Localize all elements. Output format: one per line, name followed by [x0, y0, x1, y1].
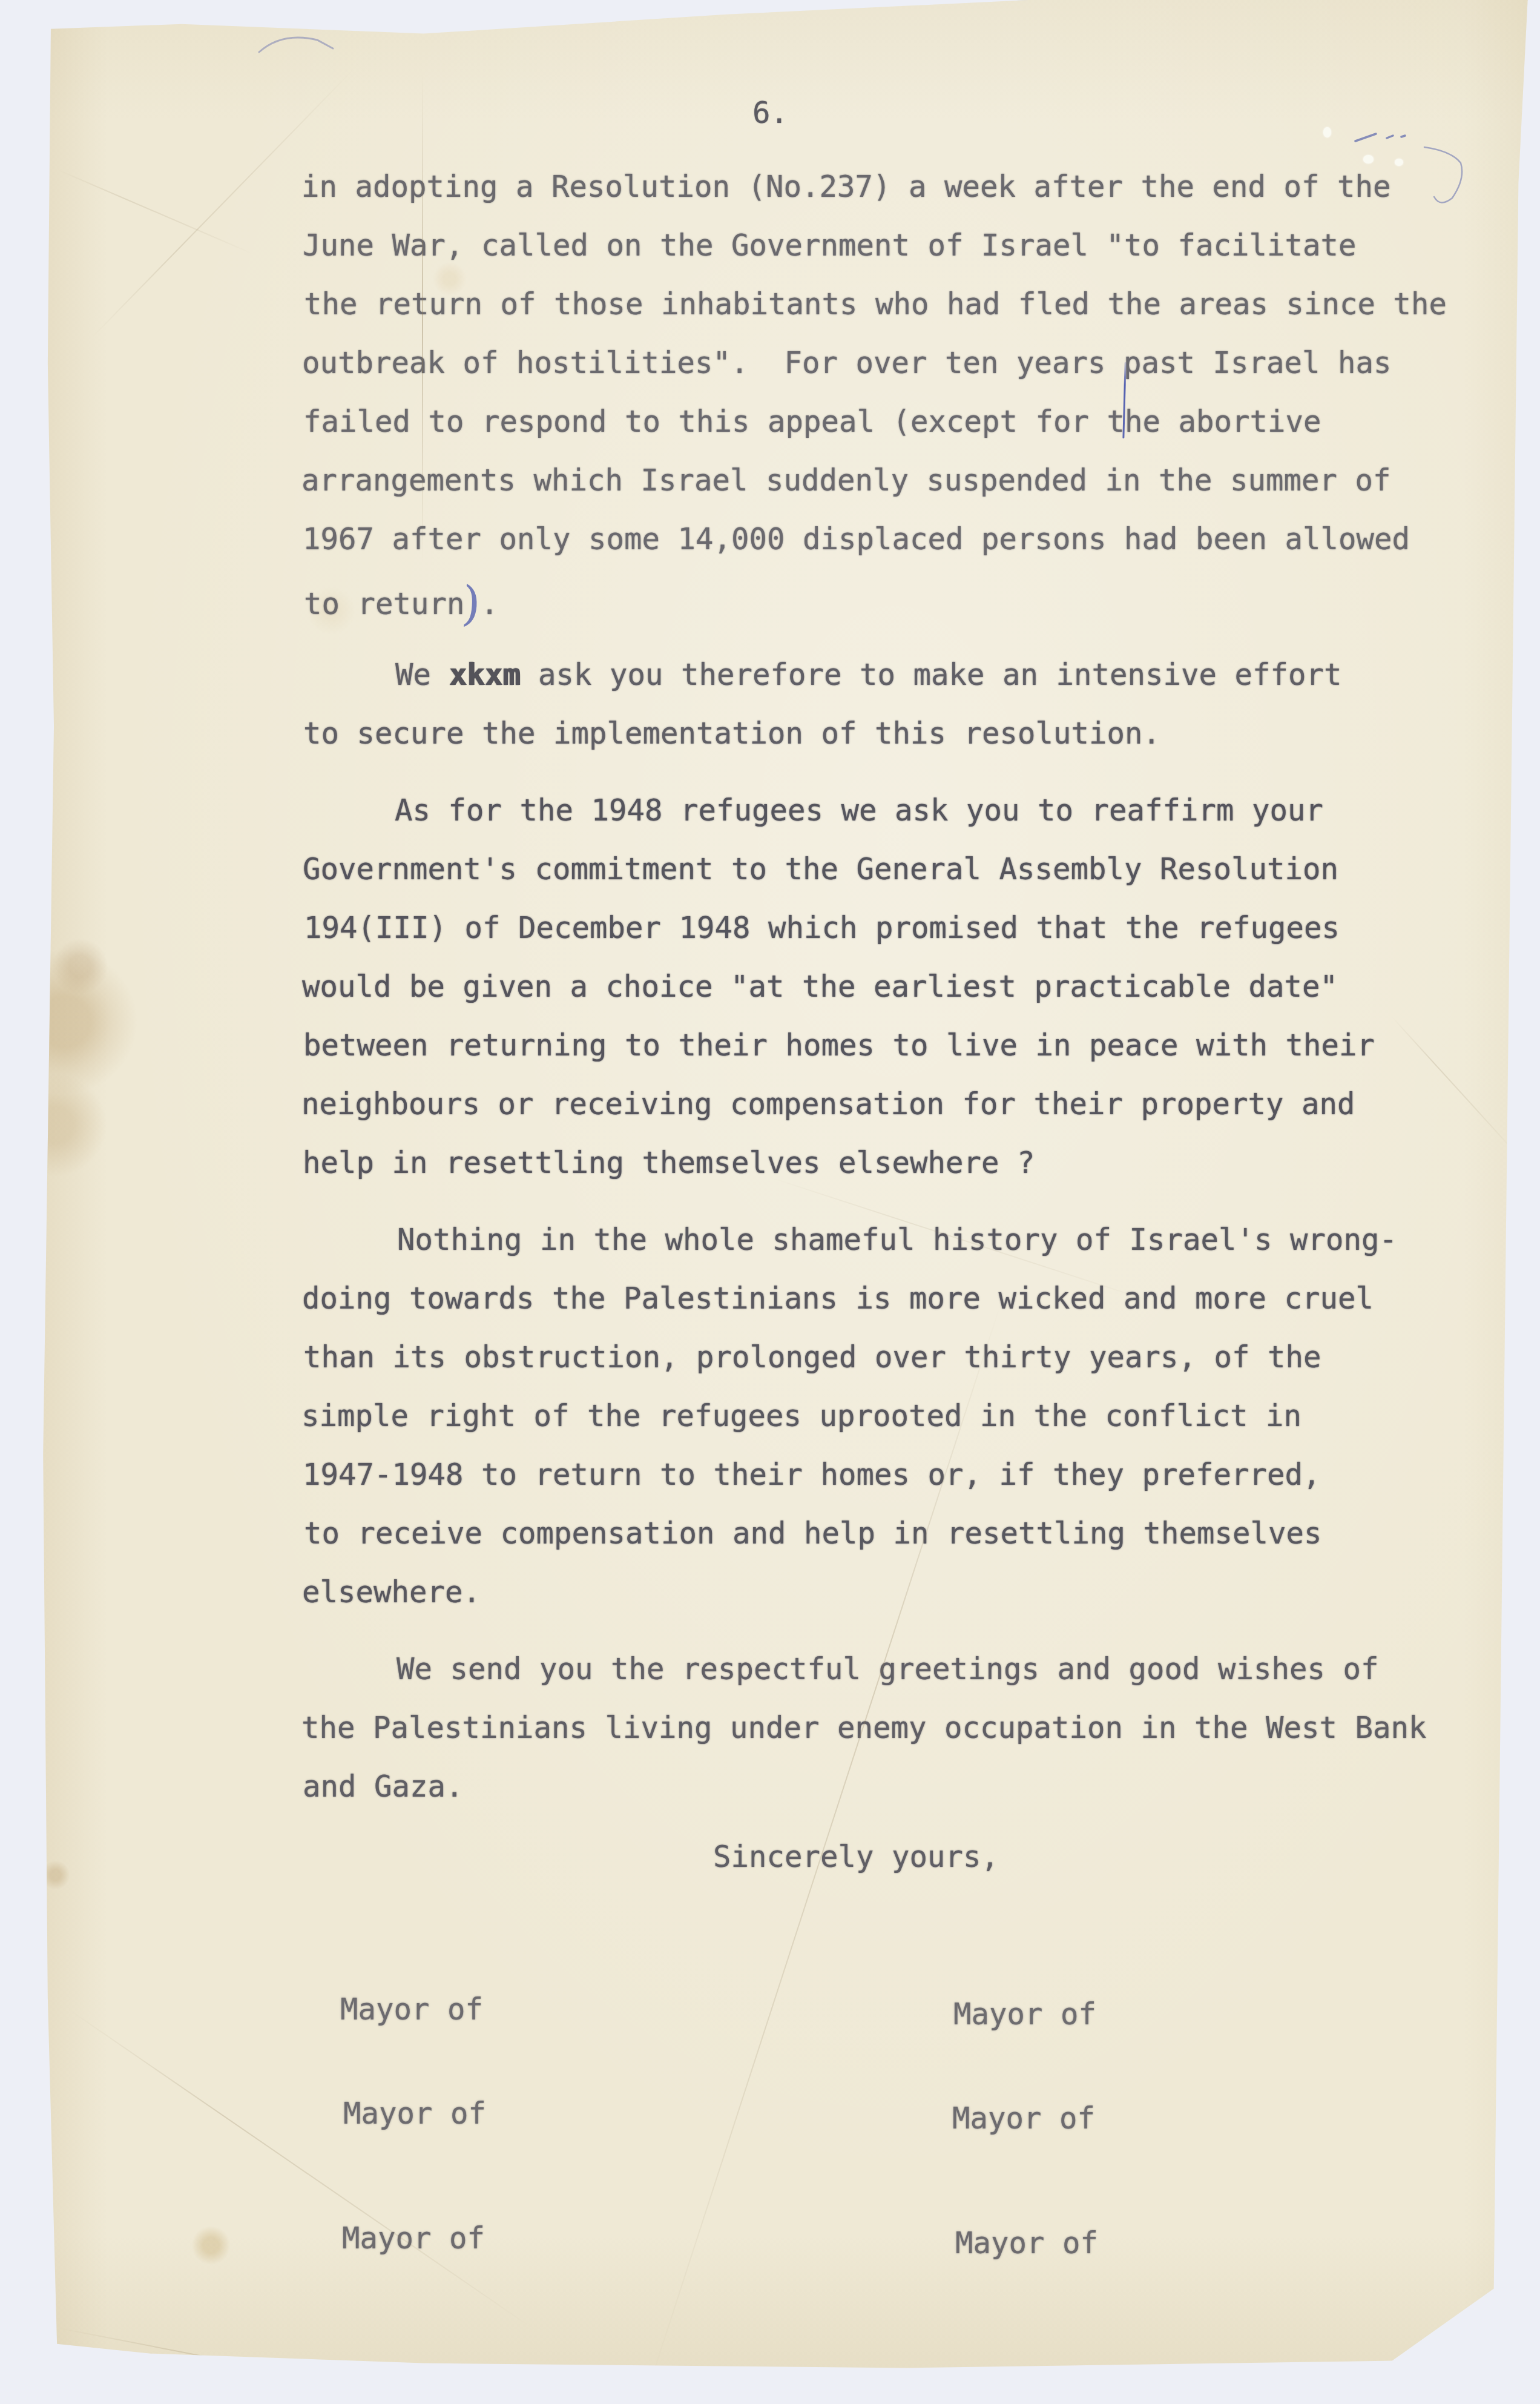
text-line: between returning to their homes to live… — [303, 1028, 1375, 1064]
text-line: arrangements which Israel suddenly suspe… — [301, 463, 1391, 499]
page-number: 6. — [752, 96, 788, 130]
text-line: than its obstruction, prolonged over thi… — [303, 1339, 1321, 1376]
crease-line — [69, 2009, 533, 2328]
paper-speck — [1363, 155, 1374, 163]
crease-line — [57, 2327, 423, 2400]
text-line: to return). — [304, 580, 498, 622]
crease-line — [57, 169, 254, 255]
signature-line-mayor-of: Mayor of — [955, 2226, 1098, 2260]
signature-line-mayor-of: Mayor of — [342, 2221, 485, 2256]
text-line: 194(III) of December 1948 which promised… — [304, 910, 1340, 946]
signature-line-mayor-of: Mayor of — [340, 1992, 483, 2027]
handwritten-paren-mark: ) — [461, 586, 482, 623]
signature-line-mayor-of: Mayor of — [343, 2096, 486, 2131]
text-line: in adopting a Resolution (No.237) a week… — [301, 169, 1391, 205]
scan-background: 6. in adopting a Resolution (No.237) a w… — [0, 0, 1540, 2404]
closing-salutation: Sincerely yours, — [713, 1840, 999, 1874]
text-line: Government's commitment to the General A… — [303, 851, 1338, 888]
text-line: failed to respond to this appeal (except… — [303, 404, 1321, 440]
text-line: to secure the implementation of this res… — [303, 716, 1160, 752]
text-line: outbreak of hostilities". For over ten y… — [302, 345, 1392, 381]
text-line: June War, called on the Government of Is… — [303, 228, 1357, 264]
text-line: As for the 1948 refugees we ask you to r… — [395, 793, 1323, 829]
paper-speck — [1323, 127, 1331, 137]
text-line: neighbours or receiving compensation for… — [301, 1086, 1355, 1123]
signature-line-mayor-of: Mayor of — [952, 2101, 1095, 2136]
text-line: elsewhere. — [302, 1574, 481, 1611]
text-line: simple right of the refugees uprooted in… — [301, 1398, 1301, 1435]
text-line: Nothing in the whole shameful history of… — [397, 1222, 1397, 1258]
pen-scribble-icon — [1347, 112, 1522, 221]
text-line: and Gaza. — [303, 1769, 464, 1805]
text-line: 1947-1948 to return to their homes or, i… — [303, 1457, 1321, 1493]
text-line: doing towards the Palestinians is more w… — [302, 1281, 1374, 1317]
text-line: to receive compensation and help in rese… — [304, 1516, 1322, 1552]
document-page: 6. in adopting a Resolution (No.237) a w… — [0, 0, 1540, 2404]
text-line: We xkxm ask you therefore to make an int… — [395, 657, 1342, 693]
text-line: the Palestinians living under enemy occu… — [301, 1710, 1427, 1746]
text-line: help in resettling themselves elsewhere … — [303, 1145, 1035, 1181]
crease-line — [1392, 1017, 1516, 1154]
text-line: We send you the respectful greetings and… — [397, 1651, 1379, 1688]
text-line: 1967 after only some 14,000 displaced pe… — [303, 521, 1410, 558]
pen-curve-icon — [254, 22, 339, 70]
paper-speck — [1395, 159, 1403, 166]
signature-line-mayor-of: Mayor of — [953, 1997, 1096, 2032]
text-line: the return of those inhabitants who had … — [304, 286, 1447, 323]
text-line: would be given a choice "at the earliest… — [302, 969, 1338, 1005]
overstruck-word: xkxm — [449, 658, 521, 692]
